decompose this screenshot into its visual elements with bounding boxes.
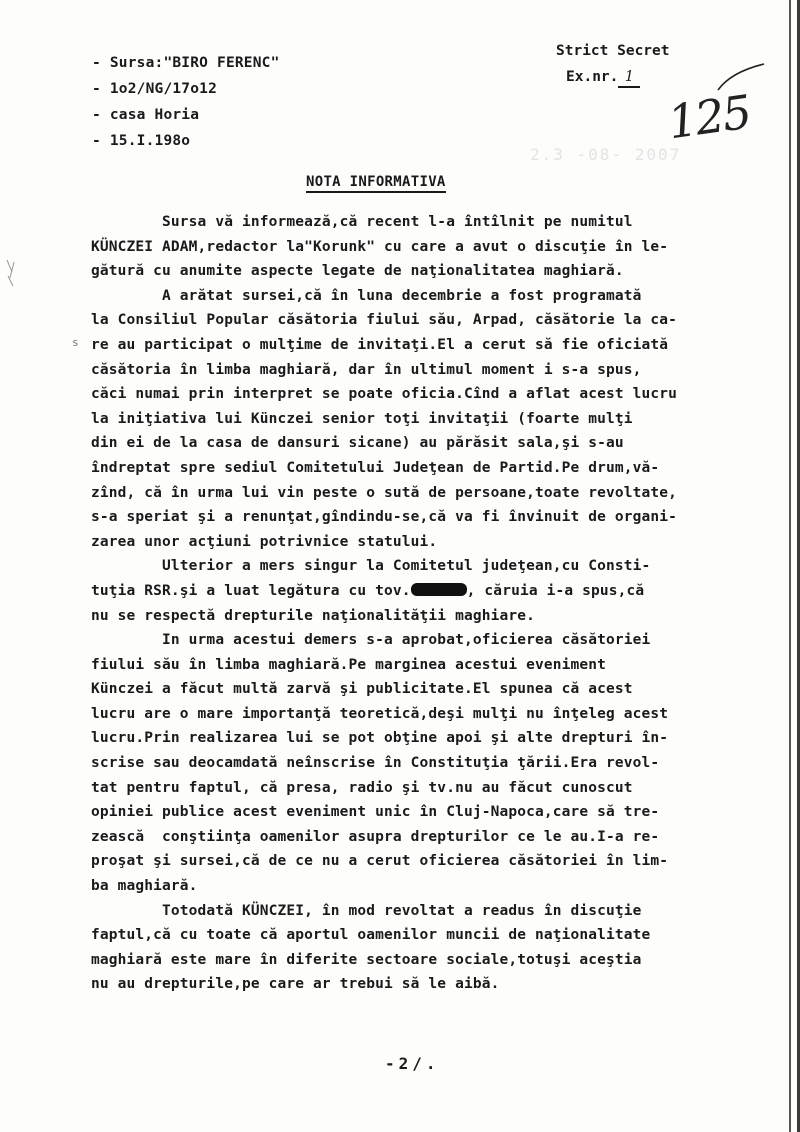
body-line: ba maghiară. [91, 874, 791, 899]
handwritten-stroke-icon [716, 62, 766, 92]
body-line: căci numai prin interpret se poate ofici… [91, 382, 791, 407]
page-number: -2/. [385, 1054, 440, 1073]
body-line-redacted: tuţia RSR.şi a luat legătura cu tov., că… [91, 579, 791, 604]
body-line: KÜNCZEI ADAM,redactor la"Korunk" cu care… [91, 235, 791, 260]
source-header: - Sursa:"BIRO FERENC" - 1o2/NG/17o12 - c… [92, 50, 280, 154]
redaction-bar [411, 583, 467, 596]
body-line: scrise sau deocamdată neînscrise în Cons… [91, 751, 791, 776]
document-date: - 15.I.198o [92, 128, 280, 154]
body-line-suffix: , căruia i-a spus,că [467, 583, 645, 599]
body-line: maghiară este mare în diferite sectoare … [91, 948, 791, 973]
handwritten-folio-number: 125 [665, 85, 754, 150]
body-line: s-a speriat şi a renunţat,gîndindu-se,că… [91, 505, 791, 530]
body-line: gătură cu anumite aspecte legate de naţi… [91, 259, 791, 284]
body-line: zarea unor acţiuni potrivnice statului. [91, 530, 791, 555]
body-line: fiului său în limba maghiară.Pe marginea… [91, 653, 791, 678]
body-line: In urma acestui demers s-a aprobat,ofici… [91, 628, 791, 653]
body-line: Ulterior a mers singur la Comitetul jude… [91, 554, 791, 579]
body-line: la Consiliul Popular căsătoria fiului să… [91, 308, 791, 333]
body-line: zească conştiinţa oamenilor asupra drept… [91, 825, 791, 850]
body-line: opiniei publice acest eveniment unic în … [91, 800, 791, 825]
body-line: re au participat o mulţime de invitaţi.E… [91, 333, 791, 358]
body-line: căsătoria în limba maghiară, dar în ulti… [91, 358, 791, 383]
body-line: nu au drepturile,pe care ar trebui să le… [91, 972, 791, 997]
body-line: zînd, că în urma lui vin peste o sută de… [91, 481, 791, 506]
body-line: din ei de la casa de dansuri sicane) au … [91, 431, 791, 456]
file-reference: - 1o2/NG/17o12 [92, 76, 280, 102]
meeting-place: - casa Horia [92, 102, 280, 128]
document-body: Sursa vă informează,că recent l-a întîln… [91, 210, 791, 997]
margin-mark: s [72, 336, 79, 349]
body-line: tat pentru faptul, că presa, radio şi tv… [91, 776, 791, 801]
body-line: lucru.Prin realizarea lui se pot obţine … [91, 726, 791, 751]
source-name: - Sursa:"BIRO FERENC" [92, 50, 280, 76]
copy-number-label: Ex.nr. [566, 69, 618, 85]
classification-block: Strict Secret Ex.nr.1 [556, 38, 670, 90]
body-line: la iniţiativa lui Künczei senior toţi in… [91, 407, 791, 432]
margin-scribble-icon [4, 258, 18, 288]
body-line: lucru are o mare importanţă teoretică,de… [91, 702, 791, 727]
body-line: A arătat sursei,că în luna decembrie a f… [91, 284, 791, 309]
body-line: nu se respectă drepturile naţionalităţii… [91, 604, 791, 629]
copy-number-line: Ex.nr.1 [556, 64, 670, 90]
body-line: Sursa vă informează,că recent l-a întîln… [91, 210, 791, 235]
classification-label: Strict Secret [556, 38, 670, 64]
body-line-prefix: tuţia RSR.şi a luat legătura cu tov. [91, 583, 411, 599]
document-page: - Sursa:"BIRO FERENC" - 1o2/NG/17o12 - c… [0, 0, 800, 1132]
body-line: Künczei a făcut multă zarvă şi publicita… [91, 677, 791, 702]
copy-number-value: 1 [618, 68, 640, 88]
body-line: Totodată KÜNCZEI, în mod revoltat a read… [91, 899, 791, 924]
faint-date-stamp: 2.3 -08- 2007 [530, 145, 681, 164]
body-line: proşat şi sursei,că de ce nu a cerut ofi… [91, 849, 791, 874]
body-line: faptul,că cu toate că aportul oamenilor … [91, 923, 791, 948]
body-line: îndreptat spre sediul Comitetului Judeţe… [91, 456, 791, 481]
document-title: NOTA INFORMATIVA [306, 173, 446, 193]
